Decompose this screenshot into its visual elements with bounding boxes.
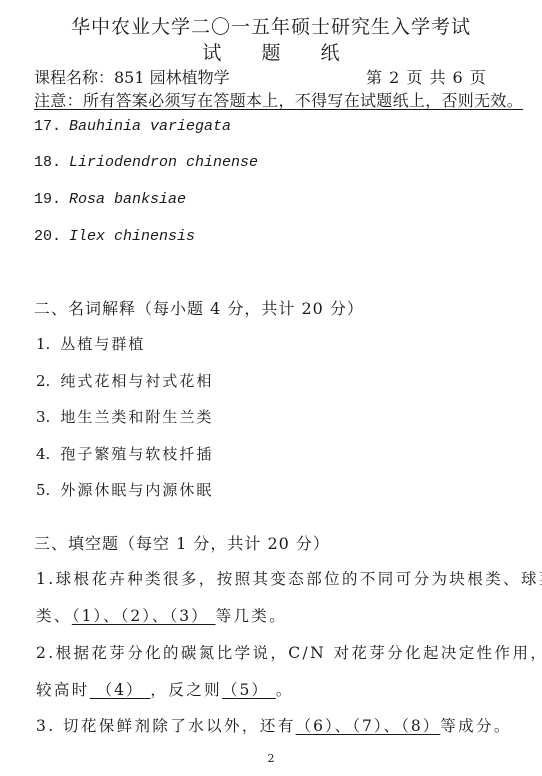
question-2-line-1: 2.根据花芽分化的碳氮比学说，C/N 对花芽分化起决定性作用，C/N [36, 641, 542, 663]
subtitle-char: 试 [202, 42, 221, 64]
species-item: 20.Ilex chinensis [34, 226, 195, 245]
subtitle-char: 题 [261, 42, 280, 64]
term-text: 地生兰类和附生兰类 [60, 408, 213, 426]
answer-blank-1-3: （1）、（2）、（3） [72, 607, 216, 625]
page-info: 第 2 页 共 6 页 [366, 65, 487, 88]
species-item: 18.Liriodendron chinense [34, 152, 258, 171]
item-number: 17. [34, 118, 61, 135]
species-name: Rosa banksiae [69, 191, 186, 208]
exam-subtitle: 试 题 纸 [0, 38, 542, 65]
notice: 注意：所有答案必须写在答题本上，不得写在试题纸上，否则无效。 [34, 88, 523, 111]
question-1-line-1: 1.球根花卉种类很多，按照其变态部位的不同可分为块根类、球茎 [36, 567, 542, 589]
term-text: 纯式花相与衬式花相 [60, 372, 213, 390]
species-name: Ilex chinensis [69, 228, 195, 245]
term-item: 5.外源休眠与内源休眠 [36, 479, 213, 500]
item-number: 4. [36, 445, 50, 463]
course-name: 课程名称：851 园林植物学 [34, 65, 230, 88]
term-text: 丛植与群植 [60, 335, 145, 353]
term-item: 4.孢子繁殖与软枝扦插 [36, 443, 213, 464]
text: 类、 [36, 607, 72, 625]
term-item: 2.纯式花相与衬式花相 [36, 370, 213, 391]
text: 等几类。 [216, 607, 288, 625]
item-number: 19. [34, 191, 61, 208]
item-number: 20. [34, 228, 61, 245]
species-name: Bauhinia variegata [69, 118, 231, 135]
term-item: 3.地生兰类和附生兰类 [36, 406, 213, 427]
species-name: Liriodendron chinense [69, 154, 258, 171]
section-heading-fill-blank: 三、填空题（每空 1 分，共计 20 分） [34, 531, 330, 554]
page-number: 2 [0, 752, 542, 765]
answer-blank-6-8: （6）、（7）、（8） [296, 717, 441, 735]
text: 3. 切花保鲜剂除了水以外，还有 [36, 717, 296, 735]
exam-title: 华中农业大学二〇一五年硕士研究生入学考试 [0, 12, 542, 39]
section-heading-terms: 二、名词解释（每小题 4 分，共计 20 分） [34, 296, 364, 319]
item-number: 5. [36, 481, 50, 499]
question-1-line-2: 类、（1）、（2）、（3） 等几类。 [36, 604, 287, 626]
text: ，反之则 [150, 681, 222, 699]
question-2-line-2: 较高时 （4） ，反之则（5） 。 [36, 678, 294, 700]
text: 较高时 [36, 681, 90, 699]
item-number: 18. [34, 154, 61, 171]
answer-blank-5: （5） [222, 681, 276, 699]
subtitle-char: 纸 [321, 42, 340, 64]
item-number: 3. [36, 408, 50, 426]
species-item: 17.Bauhinia variegata [34, 116, 231, 135]
species-item: 19.Rosa banksiae [34, 189, 186, 208]
answer-blank-4: （4） [90, 681, 151, 699]
term-text: 孢子繁殖与软枝扦插 [60, 445, 213, 463]
item-number: 1. [36, 335, 50, 353]
question-3: 3. 切花保鲜剂除了水以外，还有（6）、（7）、（8）等成分。 [36, 714, 512, 736]
text: 等成分。 [440, 717, 512, 735]
text: 。 [276, 681, 294, 699]
term-item: 1.丛植与群植 [36, 333, 145, 354]
term-text: 外源休眠与内源休眠 [60, 481, 213, 499]
item-number: 2. [36, 372, 50, 390]
